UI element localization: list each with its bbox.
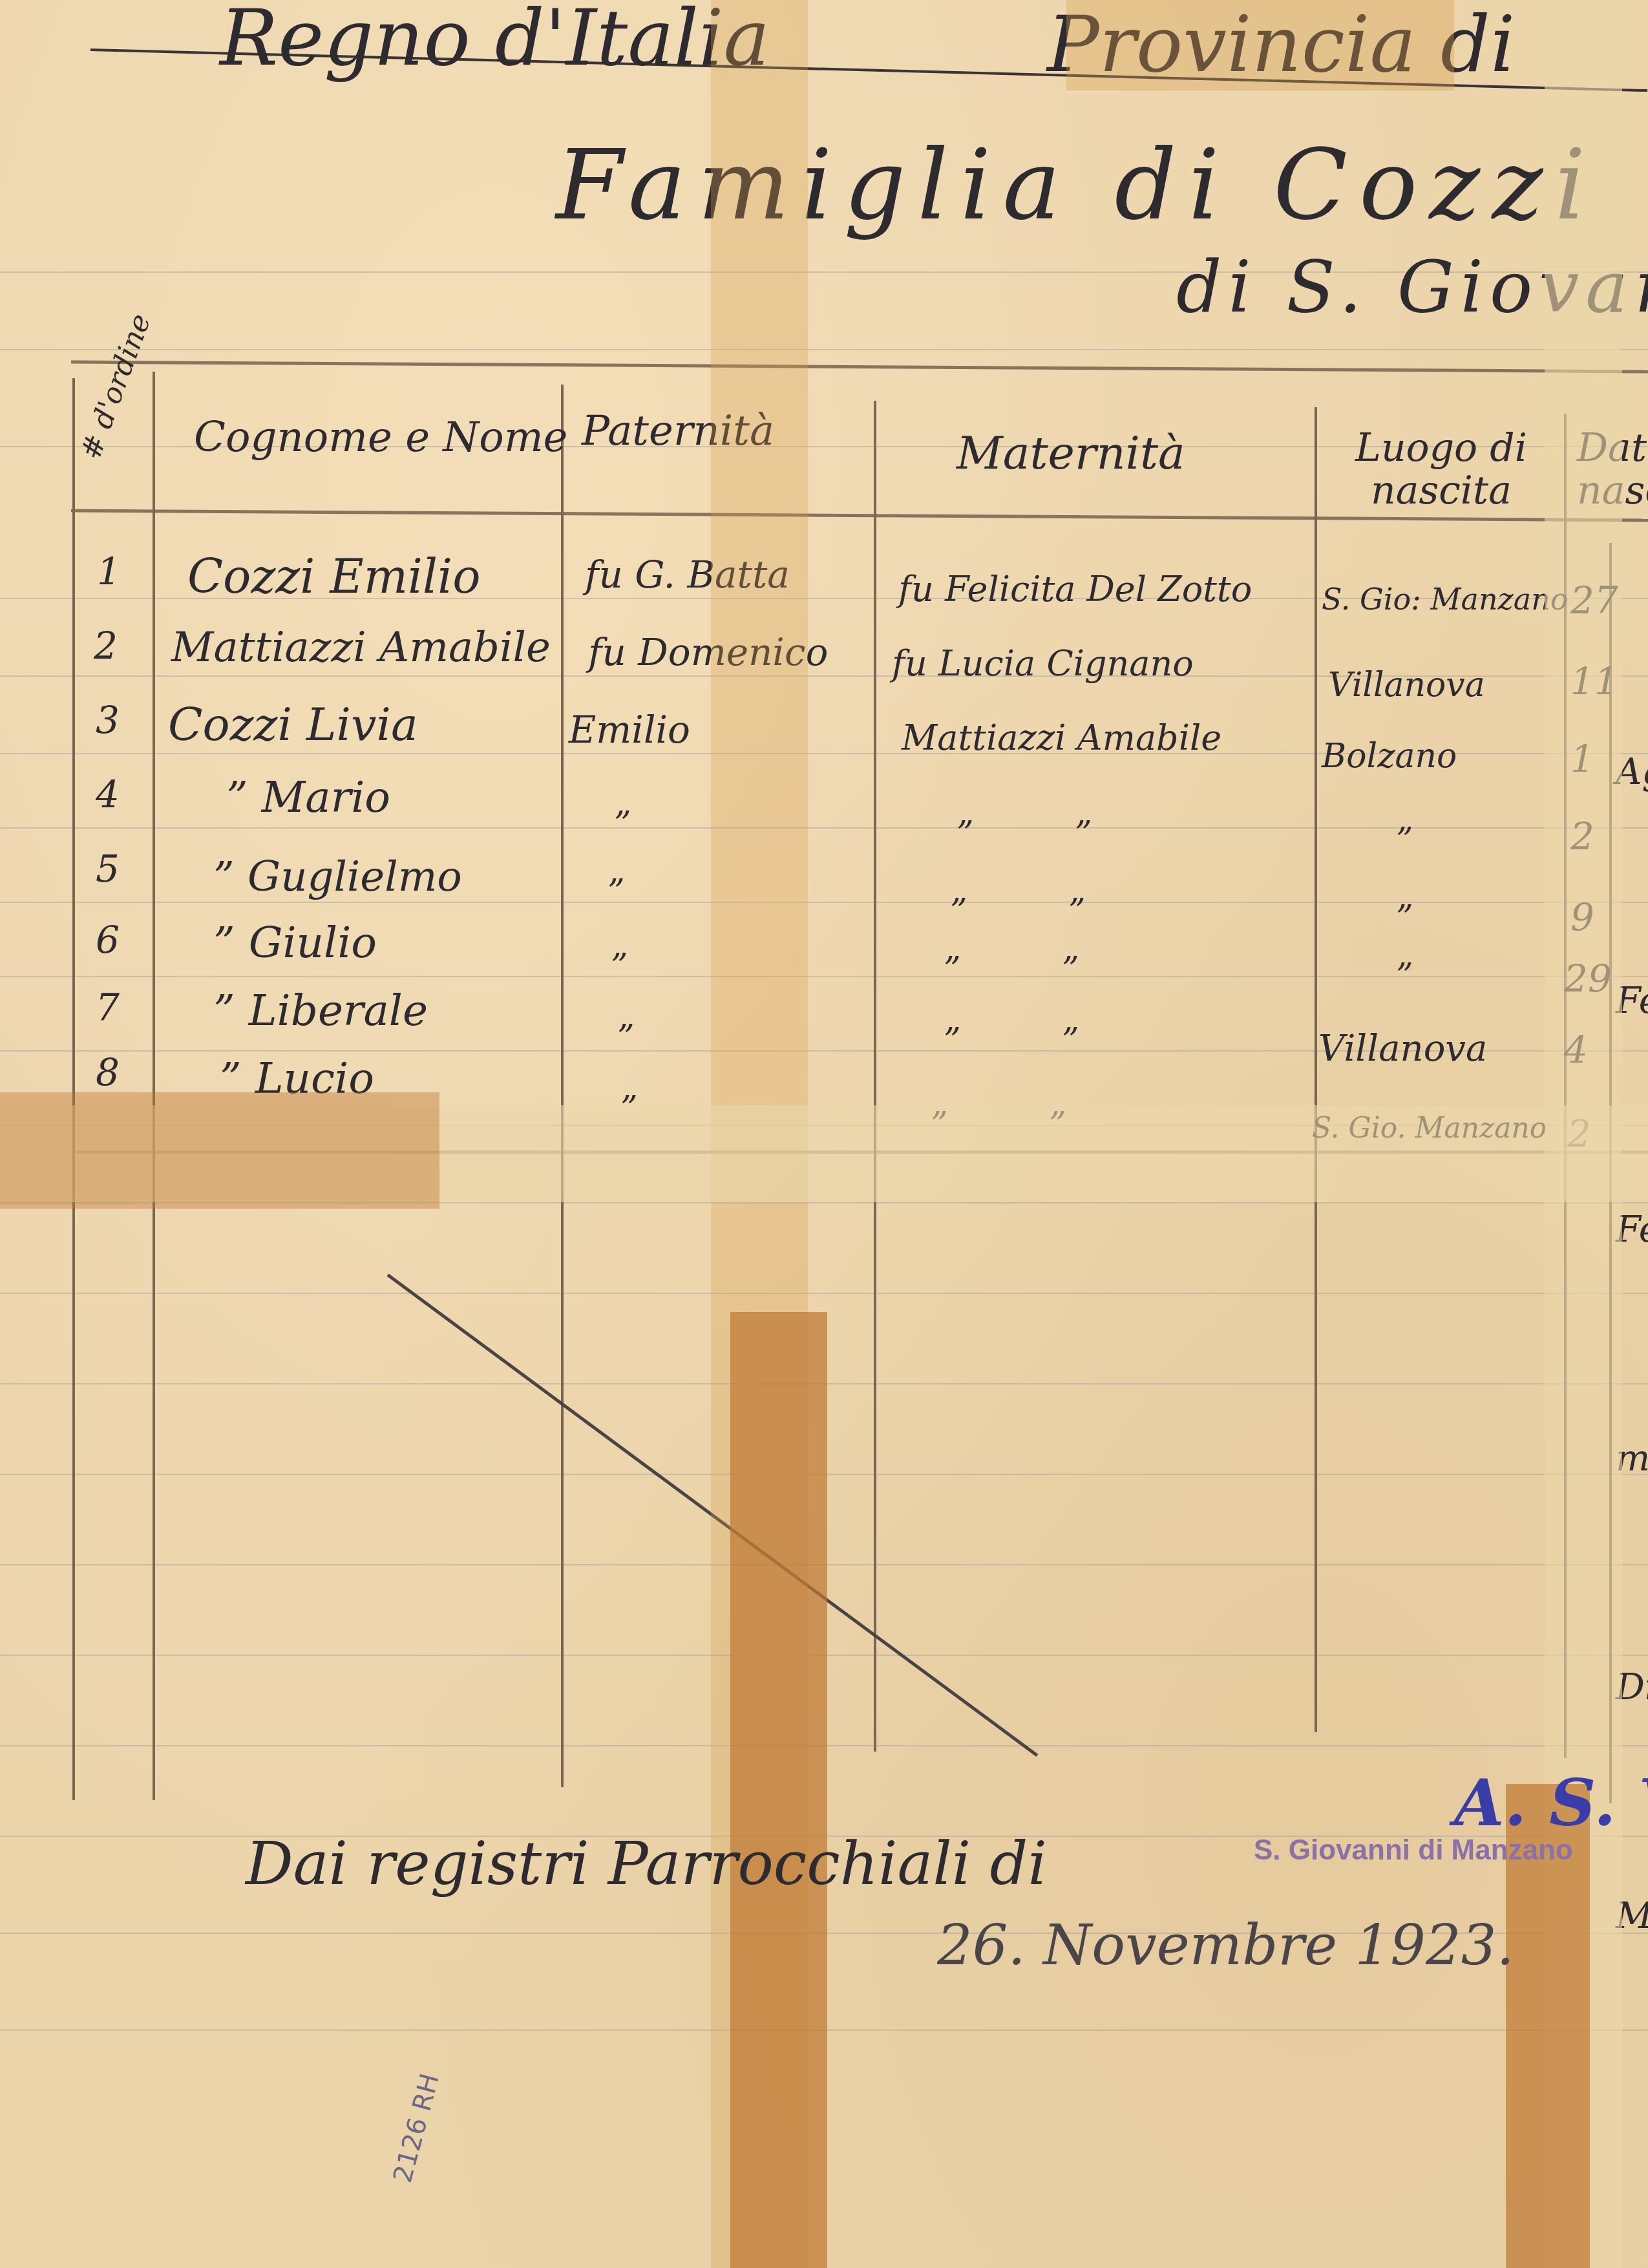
- kingdom-heading: Regno d'Italia: [220, 0, 770, 83]
- column-header-ordine: # d'ordine: [74, 310, 157, 464]
- row-number: 3: [96, 698, 120, 742]
- paternity: Emilio: [569, 708, 690, 752]
- birthplace: Bolzano: [1322, 737, 1457, 776]
- maternity: ” ”: [950, 892, 1086, 931]
- pencil-margin-note: 2126 RH: [388, 2070, 445, 2185]
- maternity: ” ”: [944, 1021, 1079, 1060]
- person-name: Cozzi Livia: [168, 698, 418, 751]
- row-number: 2: [94, 624, 118, 668]
- row-number: 7: [96, 986, 120, 1030]
- person-name: ” Mario: [226, 772, 390, 822]
- person-name: ” Giulio: [213, 918, 377, 968]
- birthplace: S. Gio: Manzano: [1322, 582, 1569, 617]
- birthplace: ”: [1396, 957, 1413, 995]
- row-number: 5: [96, 847, 120, 891]
- row-number: 6: [96, 918, 120, 962]
- birthplace: Villanova: [1318, 1028, 1487, 1070]
- birthplace: ”: [1396, 898, 1413, 937]
- person-name: ” Guglielmo: [213, 853, 462, 901]
- maternity: Mattiazzi Amabile: [902, 717, 1221, 758]
- paternity: ”: [617, 1018, 635, 1057]
- column-header-name: Cognome e Nome: [194, 414, 567, 461]
- row-number: 8: [96, 1050, 120, 1094]
- maternity: fu Felicita Del Zotto: [898, 569, 1252, 609]
- person-name: Cozzi Emilio: [187, 549, 480, 604]
- birthplace: ”: [1396, 821, 1413, 860]
- birthplace: Villanova: [1328, 666, 1485, 705]
- source-line: Dai registri Parrocchiali di: [246, 1829, 1047, 1898]
- maternity: ” ”: [944, 950, 1079, 989]
- document-date: 26. Novembre 1923.: [937, 1913, 1514, 1978]
- paternity: ”: [607, 873, 625, 911]
- person-name: ” Liberale: [213, 986, 428, 1035]
- paternity: ”: [614, 805, 631, 843]
- person-name: Mattiazzi Amabile: [171, 624, 551, 672]
- maternity: fu Lucia Cignano: [892, 643, 1194, 684]
- maternity: ” ”: [956, 814, 1092, 853]
- column-header-luogo: Luogo di nascita: [1331, 427, 1551, 512]
- column-header-maternita: Maternità: [956, 427, 1185, 480]
- row-number: 4: [96, 772, 120, 816]
- priest-signature: A. S. Va: [1454, 1765, 1648, 1841]
- row-number: 1: [97, 549, 121, 593]
- paternity: ”: [611, 947, 628, 986]
